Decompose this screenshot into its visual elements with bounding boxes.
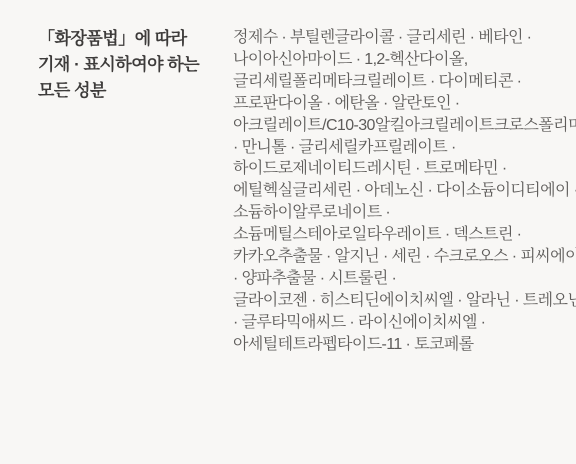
ingredient-list-line: 카카오추출물 · 알지닌 · 세린 · 수크로오스 · 피씨에이: [233, 246, 564, 268]
ingredient-list: 정제수 · 부틸렌글라이콜 · 글리세린 · 베타인 · 나이아신아마이드 · …: [233, 26, 564, 356]
ingredient-label-line: 모든 성분: [38, 78, 233, 104]
ingredient-label: 「화장품법」에 따라 기재 · 표시하여야 하는 모든 성분: [38, 26, 233, 104]
ingredient-list-line: 글리세릴폴리메타크릴레이트 · 다이메티콘 ·: [233, 71, 564, 93]
ingredient-list-line: 아세틸테트라펩타이드-11 · 토코페롤: [233, 334, 564, 356]
ingredient-list-line: 소듐하이알루로네이트 ·: [233, 202, 564, 224]
ingredient-list-line: 하이드로제네이티드레시틴 · 트로메타민 ·: [233, 158, 564, 180]
ingredient-list-line: 에틸헥실글리세린 · 아데노신 · 다이소듐이디티에이 ·: [233, 180, 564, 202]
ingredient-label-line: 기재 · 표시하여야 하는: [38, 52, 233, 78]
ingredient-label-line: 「화장품법」에 따라: [38, 26, 233, 52]
ingredient-list-line: 소듐메틸스테아로일타우레이트 · 덱스트린 ·: [233, 224, 564, 246]
ingredient-info-section: 「화장품법」에 따라 기재 · 표시하여야 하는 모든 성분 정제수 · 부틸렌…: [0, 0, 576, 356]
ingredient-list-line: 아크릴레이트/C10-30알킬아크릴레이트크로스폴리머: [233, 115, 564, 137]
ingredient-list-line: 프로판다이올 · 에탄올 · 알란토인 ·: [233, 93, 564, 115]
ingredient-list-line: · 만니톨 · 글리세릴카프릴레이트 ·: [233, 137, 564, 159]
ingredient-list-line: 나이아신아마이드 · 1,2-헥산다이올,: [233, 49, 564, 71]
ingredient-list-line: 글라이코젠 · 히스티딘에이치씨엘 · 알라닌 · 트레오닌: [233, 290, 564, 312]
ingredient-list-line: 정제수 · 부틸렌글라이콜 · 글리세린 · 베타인 ·: [233, 27, 564, 49]
ingredient-list-line: · 글루타믹애씨드 · 라이신에이치씨엘 ·: [233, 312, 564, 334]
ingredient-list-line: · 양파추출물 · 시트룰린 ·: [233, 268, 564, 290]
